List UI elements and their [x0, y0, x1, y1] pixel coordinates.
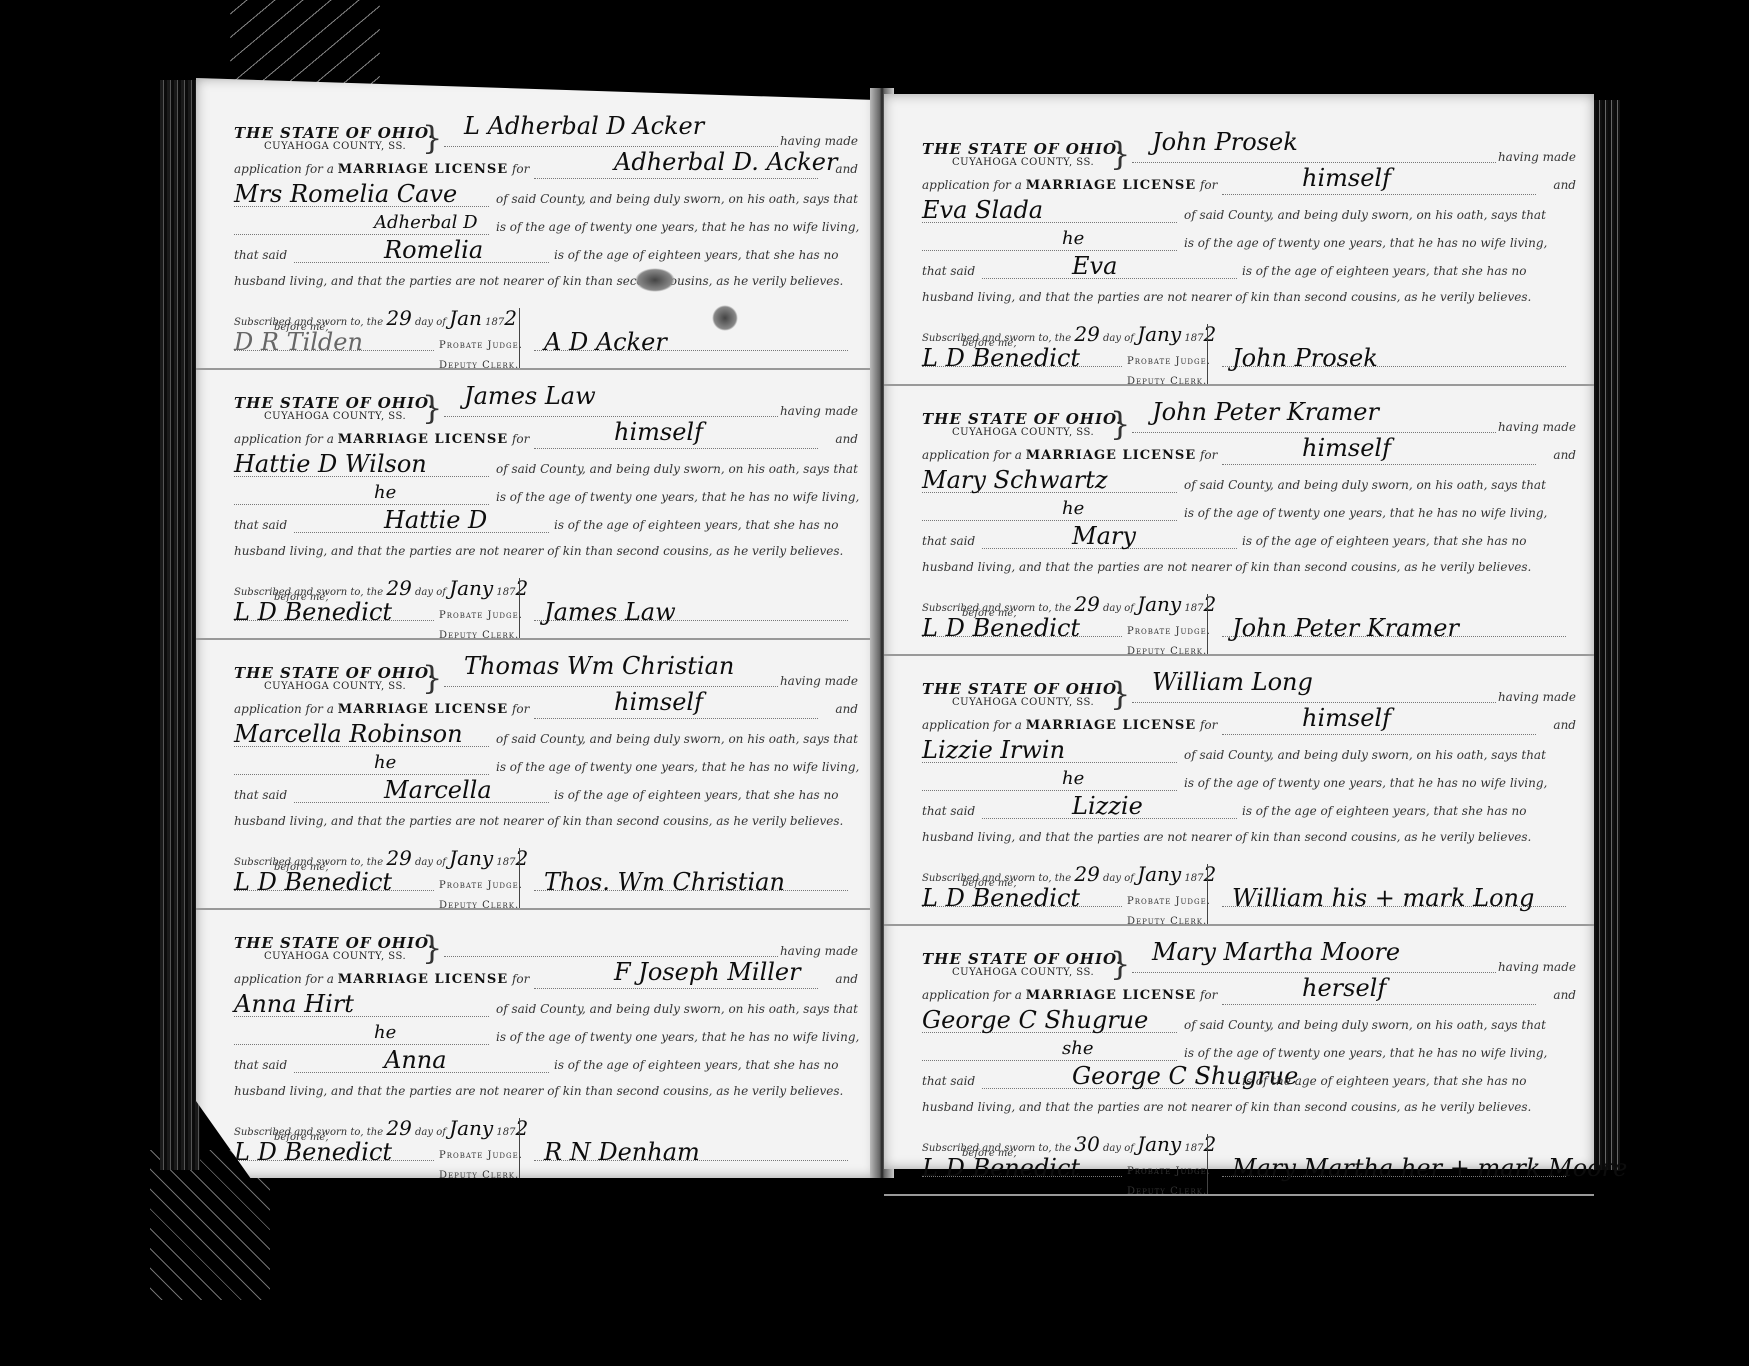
having-made-label: having made	[1496, 150, 1576, 176]
right-entry-4: THE STATE OF OHIO. CUYAHOGA COUNTY, SS. …	[884, 914, 1594, 1196]
applicant-name: James Law	[464, 382, 596, 410]
state-heading: THE STATE OF OHIO.	[234, 934, 434, 952]
groom-short: he	[1062, 498, 1084, 519]
fill-line	[534, 988, 818, 989]
bride-short: Marcella	[384, 776, 492, 804]
judge-signature: L D Benedict	[922, 614, 1080, 642]
bride-short: Lizzie	[1072, 792, 1143, 820]
age-21-clause: is of the age of twenty one years, that …	[1184, 506, 1576, 532]
fill-line	[922, 906, 1122, 907]
having-made-label: having made	[1496, 420, 1576, 446]
kin-clause: husband living, and that the parties are…	[234, 274, 858, 300]
fill-line	[922, 366, 1122, 367]
applicant-name: William Long	[1152, 668, 1313, 696]
applicant-name: Thomas Wm Christian	[464, 652, 734, 680]
judge-signature: L D Benedict	[922, 884, 1080, 912]
judge-signature: L D Benedict	[922, 1154, 1080, 1182]
and-label: and	[828, 702, 858, 728]
age-21-clause: is of the age of twenty one years, that …	[496, 1030, 858, 1056]
left-page: THE STATE OF OHIO. CUYAHOGA COUNTY, SS. …	[196, 78, 876, 1178]
fill-line	[234, 774, 489, 775]
brace: }	[422, 932, 442, 964]
deputy-clerk-label: Deputy Clerk.	[439, 1170, 858, 1196]
county-heading: CUYAHOGA COUNTY, SS.	[952, 697, 1094, 708]
fill-line	[234, 504, 489, 505]
kin-clause: husband living, and that the parties are…	[234, 814, 858, 840]
right-page: THE STATE OF OHIO. CUYAHOGA COUNTY, SS. …	[884, 94, 1594, 1169]
brace: }	[1110, 678, 1130, 710]
bride-short: Hattie D	[384, 506, 487, 534]
age-18-clause: is of the age of eighteen years, that sh…	[554, 518, 858, 544]
fill-line	[922, 520, 1177, 521]
judge-signature: D R Tilden	[234, 328, 363, 356]
for-whom: himself	[1302, 704, 1391, 732]
bride-name: George C Shugrue	[922, 1006, 1148, 1034]
age-21-clause: is of the age of twenty one years, that …	[1184, 236, 1576, 262]
sworn-clause: of said County, and being duly sworn, on…	[496, 732, 858, 758]
and-label: and	[1546, 988, 1576, 1014]
bride-name: Marcella Robinson	[234, 720, 463, 748]
fill-line	[1132, 162, 1496, 163]
for-whom: himself	[614, 688, 703, 716]
left-entry-4: THE STATE OF OHIO. CUYAHOGA COUNTY, SS. …	[196, 898, 876, 1180]
right-entry-1: THE STATE OF OHIO. CUYAHOGA COUNTY, SS. …	[884, 104, 1594, 386]
groom-short: he	[374, 482, 396, 503]
ink-stain	[712, 305, 738, 331]
brace: }	[1110, 948, 1130, 980]
and-label: and	[1546, 178, 1576, 204]
applicant-signature: A D Acker	[544, 328, 667, 356]
bride-name: Hattie D Wilson	[234, 450, 427, 478]
county-heading: CUYAHOGA COUNTY, SS.	[264, 951, 406, 962]
fill-line	[534, 718, 818, 719]
applicant-name: John Peter Kramer	[1152, 398, 1379, 426]
fill-line	[922, 250, 1177, 251]
kin-clause: husband living, and that the parties are…	[922, 1100, 1576, 1126]
for-whom: F Joseph Miller	[614, 958, 801, 986]
bride-short: Anna	[384, 1046, 447, 1074]
groom-short: Adherbal D	[374, 212, 478, 233]
fill-line	[234, 1160, 434, 1161]
for-whom: herself	[1302, 974, 1386, 1002]
and-label: and	[1546, 448, 1576, 474]
fill-line	[1222, 1004, 1536, 1005]
county-heading: CUYAHOGA COUNTY, SS.	[264, 681, 406, 692]
and-label: and	[828, 432, 858, 458]
right-entry-3: THE STATE OF OHIO. CUYAHOGA COUNTY, SS. …	[884, 644, 1594, 926]
state-heading: THE STATE OF OHIO.	[922, 140, 1122, 158]
fill-line	[234, 890, 434, 891]
bride-name: Mrs Romelia Cave	[234, 180, 457, 208]
bride-short: Mary	[1072, 522, 1136, 550]
age-21-clause: is of the age of twenty one years, that …	[1184, 776, 1576, 802]
fill-line	[922, 1060, 1177, 1061]
sworn-clause: of said County, and being duly sworn, on…	[1184, 478, 1576, 504]
applicant-name: L Adherbal D Acker	[464, 112, 704, 140]
fill-line	[234, 620, 434, 621]
fill-line	[1132, 432, 1496, 433]
applicant-signature: Thos. Wm Christian	[544, 868, 785, 896]
kin-clause: husband living, and that the parties are…	[922, 290, 1576, 316]
fill-line	[444, 146, 778, 147]
applicant-signature: Mary Martha her + mark Moore	[1232, 1154, 1627, 1182]
applicant-signature: John Prosek	[1232, 344, 1378, 372]
for-whom: himself	[1302, 164, 1391, 192]
state-heading: THE STATE OF OHIO.	[234, 124, 434, 142]
and-label: and	[828, 972, 858, 998]
fill-line	[1207, 1134, 1208, 1194]
for-whom: himself	[614, 418, 703, 446]
left-entry-2: THE STATE OF OHIO. CUYAHOGA COUNTY, SS. …	[196, 358, 876, 640]
county-heading: CUYAHOGA COUNTY, SS.	[952, 427, 1094, 438]
fill-line	[922, 636, 1122, 637]
bride-name: Anna Hirt	[234, 990, 354, 1018]
groom-short: he	[374, 1022, 396, 1043]
sworn-clause: of said County, and being duly sworn, on…	[1184, 208, 1576, 234]
county-heading: CUYAHOGA COUNTY, SS.	[952, 967, 1094, 978]
state-heading: THE STATE OF OHIO.	[922, 410, 1122, 428]
judge-signature: L D Benedict	[234, 598, 392, 626]
fill-line	[922, 790, 1177, 791]
having-made-label: having made	[778, 674, 858, 700]
state-heading: THE STATE OF OHIO.	[922, 680, 1122, 698]
scan-artifact-top	[230, 0, 380, 90]
sworn-clause: of said County, and being duly sworn, on…	[1184, 748, 1576, 774]
kin-clause: husband living, and that the parties are…	[922, 830, 1576, 856]
ink-stain	[635, 268, 675, 292]
bride-name: Mary Schwartz	[922, 466, 1108, 494]
sworn-clause: of said County, and being duly sworn, on…	[496, 1002, 858, 1028]
fill-line	[444, 416, 778, 417]
brace: }	[1110, 138, 1130, 170]
applicant-signature: William his + mark Long	[1232, 884, 1534, 912]
age-21-clause: is of the age of twenty one years, that …	[496, 220, 858, 246]
judge-signature: L D Benedict	[922, 344, 1080, 372]
kin-clause: husband living, and that the parties are…	[922, 560, 1576, 586]
book-left-page-edges	[160, 80, 200, 1170]
fill-line	[1222, 194, 1536, 195]
fill-line	[534, 448, 818, 449]
groom-short: she	[1062, 1038, 1093, 1059]
age-18-clause: is of the age of eighteen years, that sh…	[1242, 534, 1576, 560]
groom-short: he	[374, 752, 396, 773]
fill-line	[234, 350, 434, 351]
groom-short: he	[1062, 228, 1084, 249]
sworn-clause: of said County, and being duly sworn, on…	[496, 462, 858, 488]
left-entry-1: THE STATE OF OHIO. CUYAHOGA COUNTY, SS. …	[196, 88, 876, 370]
age-18-clause: is of the age of eighteen years, that sh…	[1242, 1074, 1576, 1100]
age-21-clause: is of the age of twenty one years, that …	[496, 490, 858, 516]
bride-name: Eva Slada	[922, 196, 1043, 224]
county-heading: CUYAHOGA COUNTY, SS.	[952, 157, 1094, 168]
having-made-label: having made	[1496, 960, 1576, 986]
having-made-label: having made	[1496, 690, 1576, 716]
bride-short: Eva	[1072, 252, 1117, 280]
age-18-clause: is of the age of eighteen years, that sh…	[554, 788, 858, 814]
kin-clause: husband living, and that the parties are…	[234, 544, 858, 570]
age-18-clause: is of the age of eighteen years, that sh…	[554, 1058, 858, 1084]
right-entry-2: THE STATE OF OHIO. CUYAHOGA COUNTY, SS. …	[884, 374, 1594, 656]
and-label: and	[828, 162, 858, 188]
judge-signature: L D Benedict	[234, 868, 392, 896]
age-18-clause: is of the age of eighteen years, that sh…	[554, 248, 858, 274]
brace: }	[422, 662, 442, 694]
fill-line	[534, 178, 818, 179]
bride-short: Romelia	[384, 236, 483, 264]
fill-line	[519, 1118, 520, 1178]
applicant-signature: R N Denham	[544, 1138, 700, 1166]
left-entry-3: THE STATE OF OHIO. CUYAHOGA COUNTY, SS. …	[196, 628, 876, 910]
age-18-clause: is of the age of eighteen years, that sh…	[1242, 804, 1576, 830]
fill-line	[1222, 734, 1536, 735]
having-made-label: having made	[778, 404, 858, 430]
county-heading: CUYAHOGA COUNTY, SS.	[264, 411, 406, 422]
groom-short: he	[1062, 768, 1084, 789]
age-18-clause: is of the age of eighteen years, that sh…	[1242, 264, 1576, 290]
fill-line	[234, 1044, 489, 1045]
fill-line	[1222, 464, 1536, 465]
state-heading: THE STATE OF OHIO.	[234, 664, 434, 682]
brace: }	[1110, 408, 1130, 440]
state-heading: THE STATE OF OHIO.	[234, 394, 434, 412]
fill-line	[444, 686, 778, 687]
applicant-name: John Prosek	[1152, 128, 1298, 156]
age-21-clause: is of the age of twenty one years, that …	[496, 760, 858, 786]
applicant-name: Mary Martha Moore	[1152, 938, 1400, 966]
sworn-clause: of said County, and being duly sworn, on…	[1184, 1018, 1576, 1044]
deputy-clerk-label: Deputy Clerk.	[1127, 1186, 1576, 1212]
sworn-clause: of said County, and being duly sworn, on…	[496, 192, 858, 218]
fill-line	[1132, 702, 1496, 703]
fill-line	[922, 1176, 1122, 1177]
and-label: and	[1546, 718, 1576, 744]
brace: }	[422, 392, 442, 424]
bride-name: Lizzie Irwin	[922, 736, 1065, 764]
state-heading: THE STATE OF OHIO.	[922, 950, 1122, 968]
brace: }	[422, 122, 442, 154]
fill-line	[1132, 972, 1496, 973]
book-right-page-edges	[1590, 100, 1620, 1170]
fill-line	[234, 234, 489, 235]
for-whom: himself	[1302, 434, 1391, 462]
applicant-signature: John Peter Kramer	[1232, 614, 1459, 642]
for-whom: Adherbal D. Acker	[614, 148, 837, 176]
fill-line	[444, 956, 778, 957]
judge-signature: L D Benedict	[234, 1138, 392, 1166]
applicant-signature: James Law	[544, 598, 676, 626]
kin-clause: husband living, and that the parties are…	[234, 1084, 858, 1110]
county-heading: CUYAHOGA COUNTY, SS.	[264, 141, 406, 152]
